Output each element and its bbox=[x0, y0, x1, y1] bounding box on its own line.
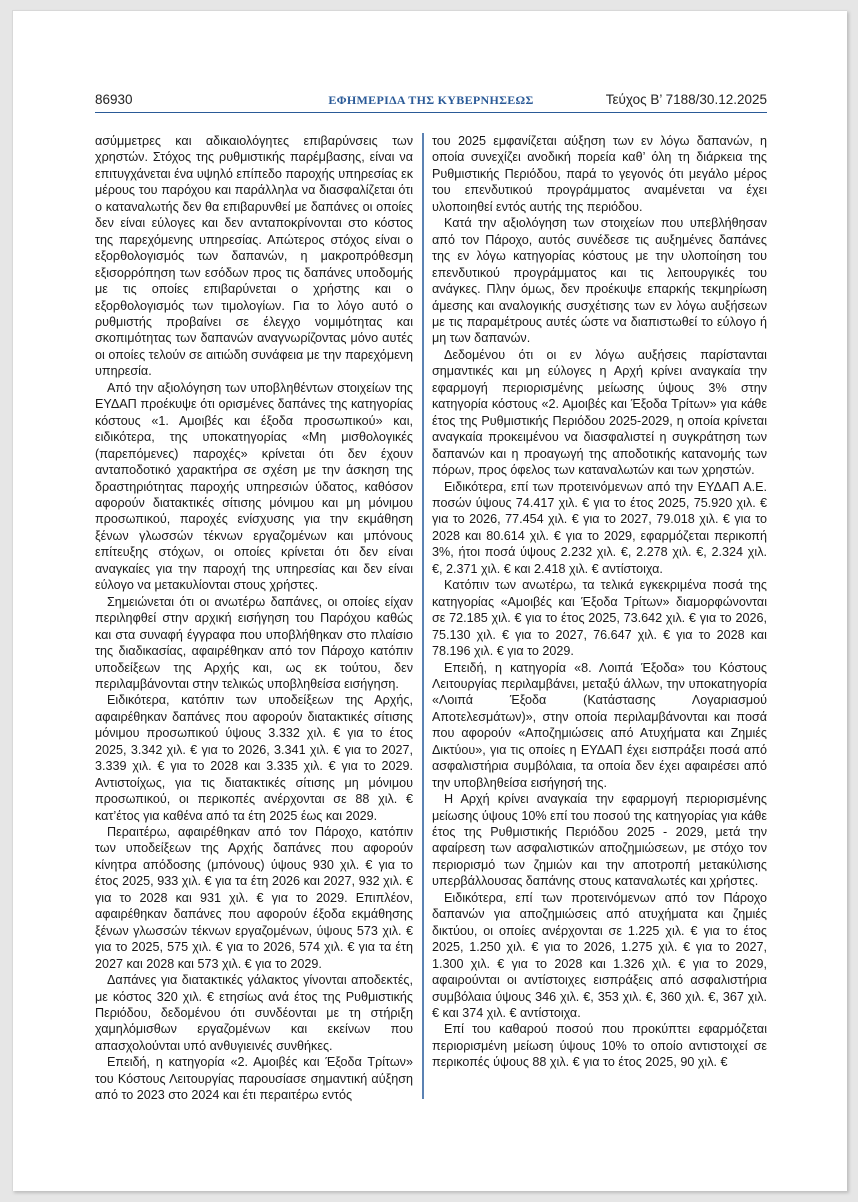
right-column: του 2025 εμφανίζεται αύξηση των εν λόγω … bbox=[432, 133, 767, 1071]
paragraph: Επί του καθαρού ποσού που προκύπτει εφαρ… bbox=[432, 1021, 767, 1070]
paragraph: Επειδή, η κατηγορία «8. Λοιπά Έξοδα» του… bbox=[432, 660, 767, 792]
paragraph: Περαιτέρω, αφαιρέθηκαν από τον Πάροχο, κ… bbox=[95, 824, 413, 972]
page-header: 86930 ΕΦΗΜΕΡΙΔΑ ΤΗΣ ΚΥΒΕΡΝΗΣΕΩΣ Τεύχος Β… bbox=[95, 92, 767, 113]
paragraph: Δεδομένου ότι οι εν λόγω αυξήσεις παρίστ… bbox=[432, 347, 767, 479]
paragraph: Η Αρχή κρίνει αναγκαία την εφαρμογή περι… bbox=[432, 791, 767, 890]
paragraph: ασύμμετρες και αδικαιολόγητες επιβαρύνσε… bbox=[95, 133, 413, 380]
paragraph: Από την αξιολόγηση των υποβληθέντων στοι… bbox=[95, 380, 413, 594]
paragraph: Ειδικότερα, επί των προτεινόμενων από τη… bbox=[432, 479, 767, 578]
paragraph: Κατά την αξιολόγηση των στοιχείων που υπ… bbox=[432, 215, 767, 347]
paragraph: Επειδή, η κατηγορία «2. Αμοιβές και Έξοδ… bbox=[95, 1054, 413, 1103]
paragraph: Σημειώνεται ότι οι ανωτέρω δαπάνες, οι ο… bbox=[95, 594, 413, 693]
column-divider bbox=[422, 133, 424, 1099]
left-column: ασύμμετρες και αδικαιολόγητες επιβαρύνσε… bbox=[95, 133, 413, 1104]
paragraph: του 2025 εμφανίζεται αύξηση των εν λόγω … bbox=[432, 133, 767, 215]
paragraph: Κατόπιν των ανωτέρω, τα τελικά εγκεκριμέ… bbox=[432, 577, 767, 659]
paragraph: Ειδικότερα, κατόπιν των υποδείξεων της Α… bbox=[95, 692, 413, 824]
issue-reference: Τεύχος Β’ 7188/30.12.2025 bbox=[606, 92, 767, 107]
paragraph: Ειδικότερα, επί των προτεινόμενων από το… bbox=[432, 890, 767, 1022]
paragraph: Δαπάνες για διατακτικές γάλακτος γίνοντα… bbox=[95, 972, 413, 1054]
